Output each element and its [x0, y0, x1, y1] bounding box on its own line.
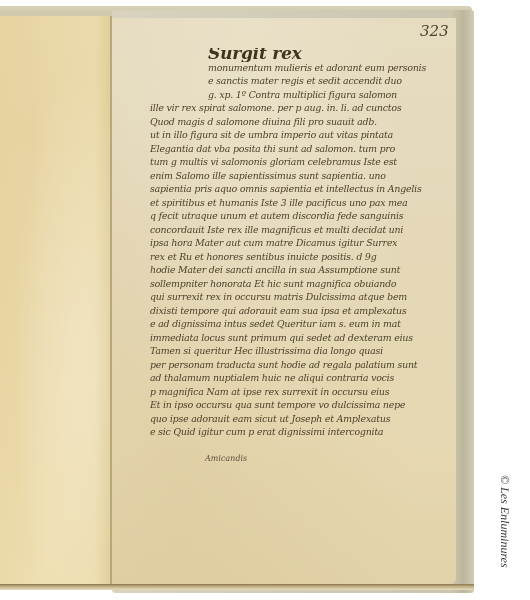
text-line: ad thalamum nuptialem huic ne aliqui con…	[150, 372, 450, 386]
manuscript-photo: 323 Surgit rex monumentum mulieris et ad…	[0, 0, 530, 600]
text-line: per personam traducta sunt hodie ad rega…	[150, 359, 450, 373]
text-line: hodie Mater dei sancti ancilla in sua As…	[150, 264, 450, 278]
text-line: ille vir rex spirat salomone. per p aug.…	[150, 102, 450, 116]
text-line: Quod magis d salomone diuina fili pro su…	[150, 116, 450, 130]
text-line: concordauit Iste rex ille magnificus et …	[150, 224, 450, 238]
text-line: quo ipse adorauit eam sicut ut Joseph et…	[150, 413, 450, 427]
text-line: enim Salomo ille sapientissimus sunt sap…	[150, 170, 450, 184]
decorated-initial: Surgit rex	[208, 48, 302, 62]
text-line: ut in illo figura sit de umbra imperio a…	[150, 129, 450, 143]
manuscript-text: Surgit rex monumentum mulieris et adoran…	[150, 48, 450, 440]
page-bottom-edge	[0, 584, 474, 590]
heading-line: Surgit rex	[150, 48, 450, 62]
left-blank-page	[0, 16, 111, 588]
catchword: Amicandis	[205, 454, 247, 463]
text-line: Tamen si queritur Hec illustrissima dia …	[150, 345, 450, 359]
text-line: Elegantia dat vba posita thi sunt ad sal…	[150, 143, 450, 157]
text-line: ipsa hora Mater aut cum matre Dicamus ig…	[150, 237, 450, 251]
text-line: rex et Ru et honores sentibus inuicte po…	[150, 251, 450, 265]
text-line: p magnifica Nam at ipse rex surrexit in …	[150, 386, 450, 400]
folio-number: 323	[420, 22, 449, 40]
text-line: sollempniter honorata Et hic sunt magnif…	[150, 278, 450, 292]
copyright-credit: © Les Enluminures	[497, 475, 512, 568]
text-line: sapientia pris aquo omnis sapientia et i…	[150, 183, 450, 197]
text-line: Et in ipso occursu qua sunt tempore vo d…	[150, 399, 450, 413]
text-line: immediata locus sunt primum qui sedet ad…	[150, 332, 450, 346]
text-line: e sanctis mater regis et sedit accendit …	[150, 75, 450, 89]
text-line: e sic Quid igitur cum p erat dignissimi …	[150, 426, 450, 440]
text-line: g. xp. 1º Contra multiplici figura salom…	[150, 89, 450, 103]
text-line: q fecit utraque unum et autem discordia …	[150, 210, 450, 224]
text-line: e ad dignissima intus sedet Queritur iam…	[150, 318, 450, 332]
binding-board-edge	[453, 10, 474, 593]
text-line: qui surrexit rex in occursu matris Dulci…	[150, 291, 450, 305]
text-line: tum g multis vi salomonis gloriam celebr…	[150, 156, 450, 170]
text-line: monumentum mulieris et adorant eum perso…	[150, 62, 450, 76]
text-line: dixisti tempore qui adorauit eam sua ips…	[150, 305, 450, 319]
text-line: et spiritibus et humanis Iste 3 ille pac…	[150, 197, 450, 211]
